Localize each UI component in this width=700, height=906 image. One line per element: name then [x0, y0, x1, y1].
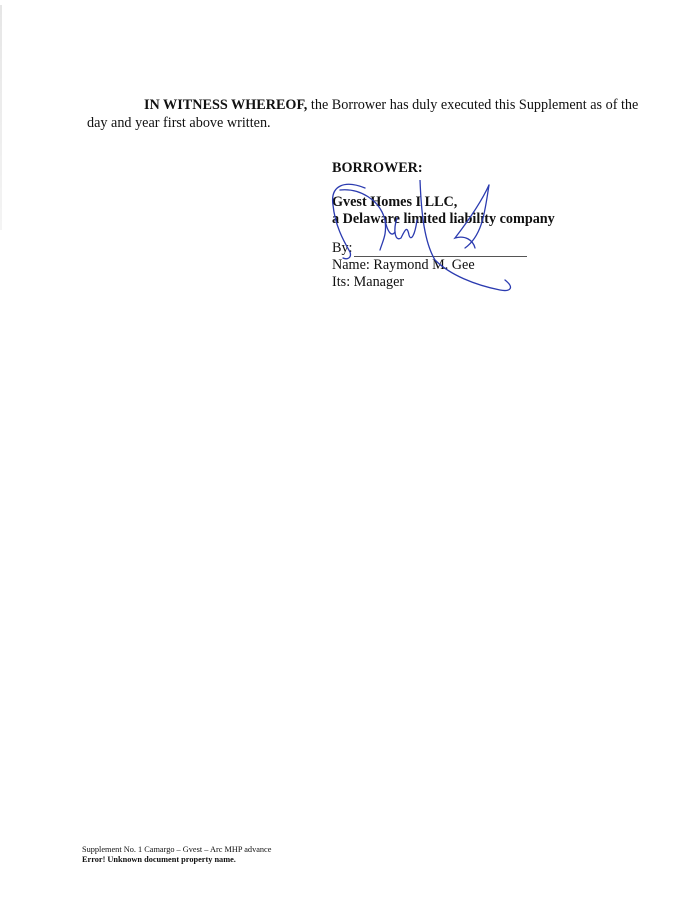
- footer-error-text: Error! Unknown document property name.: [82, 855, 271, 865]
- handwritten-signature-icon: [325, 180, 535, 295]
- witness-paragraph: IN WITNESS WHEREOF, the Borrower has dul…: [87, 96, 647, 132]
- borrower-heading: BORROWER:: [332, 160, 423, 177]
- witness-lead: IN WITNESS WHEREOF,: [144, 97, 307, 113]
- document-footer: Supplement No. 1 Camargo – Gvest – Arc M…: [82, 845, 271, 864]
- page-edge-shadow: [0, 5, 2, 230]
- footer-reference: Supplement No. 1 Camargo – Gvest – Arc M…: [82, 845, 271, 855]
